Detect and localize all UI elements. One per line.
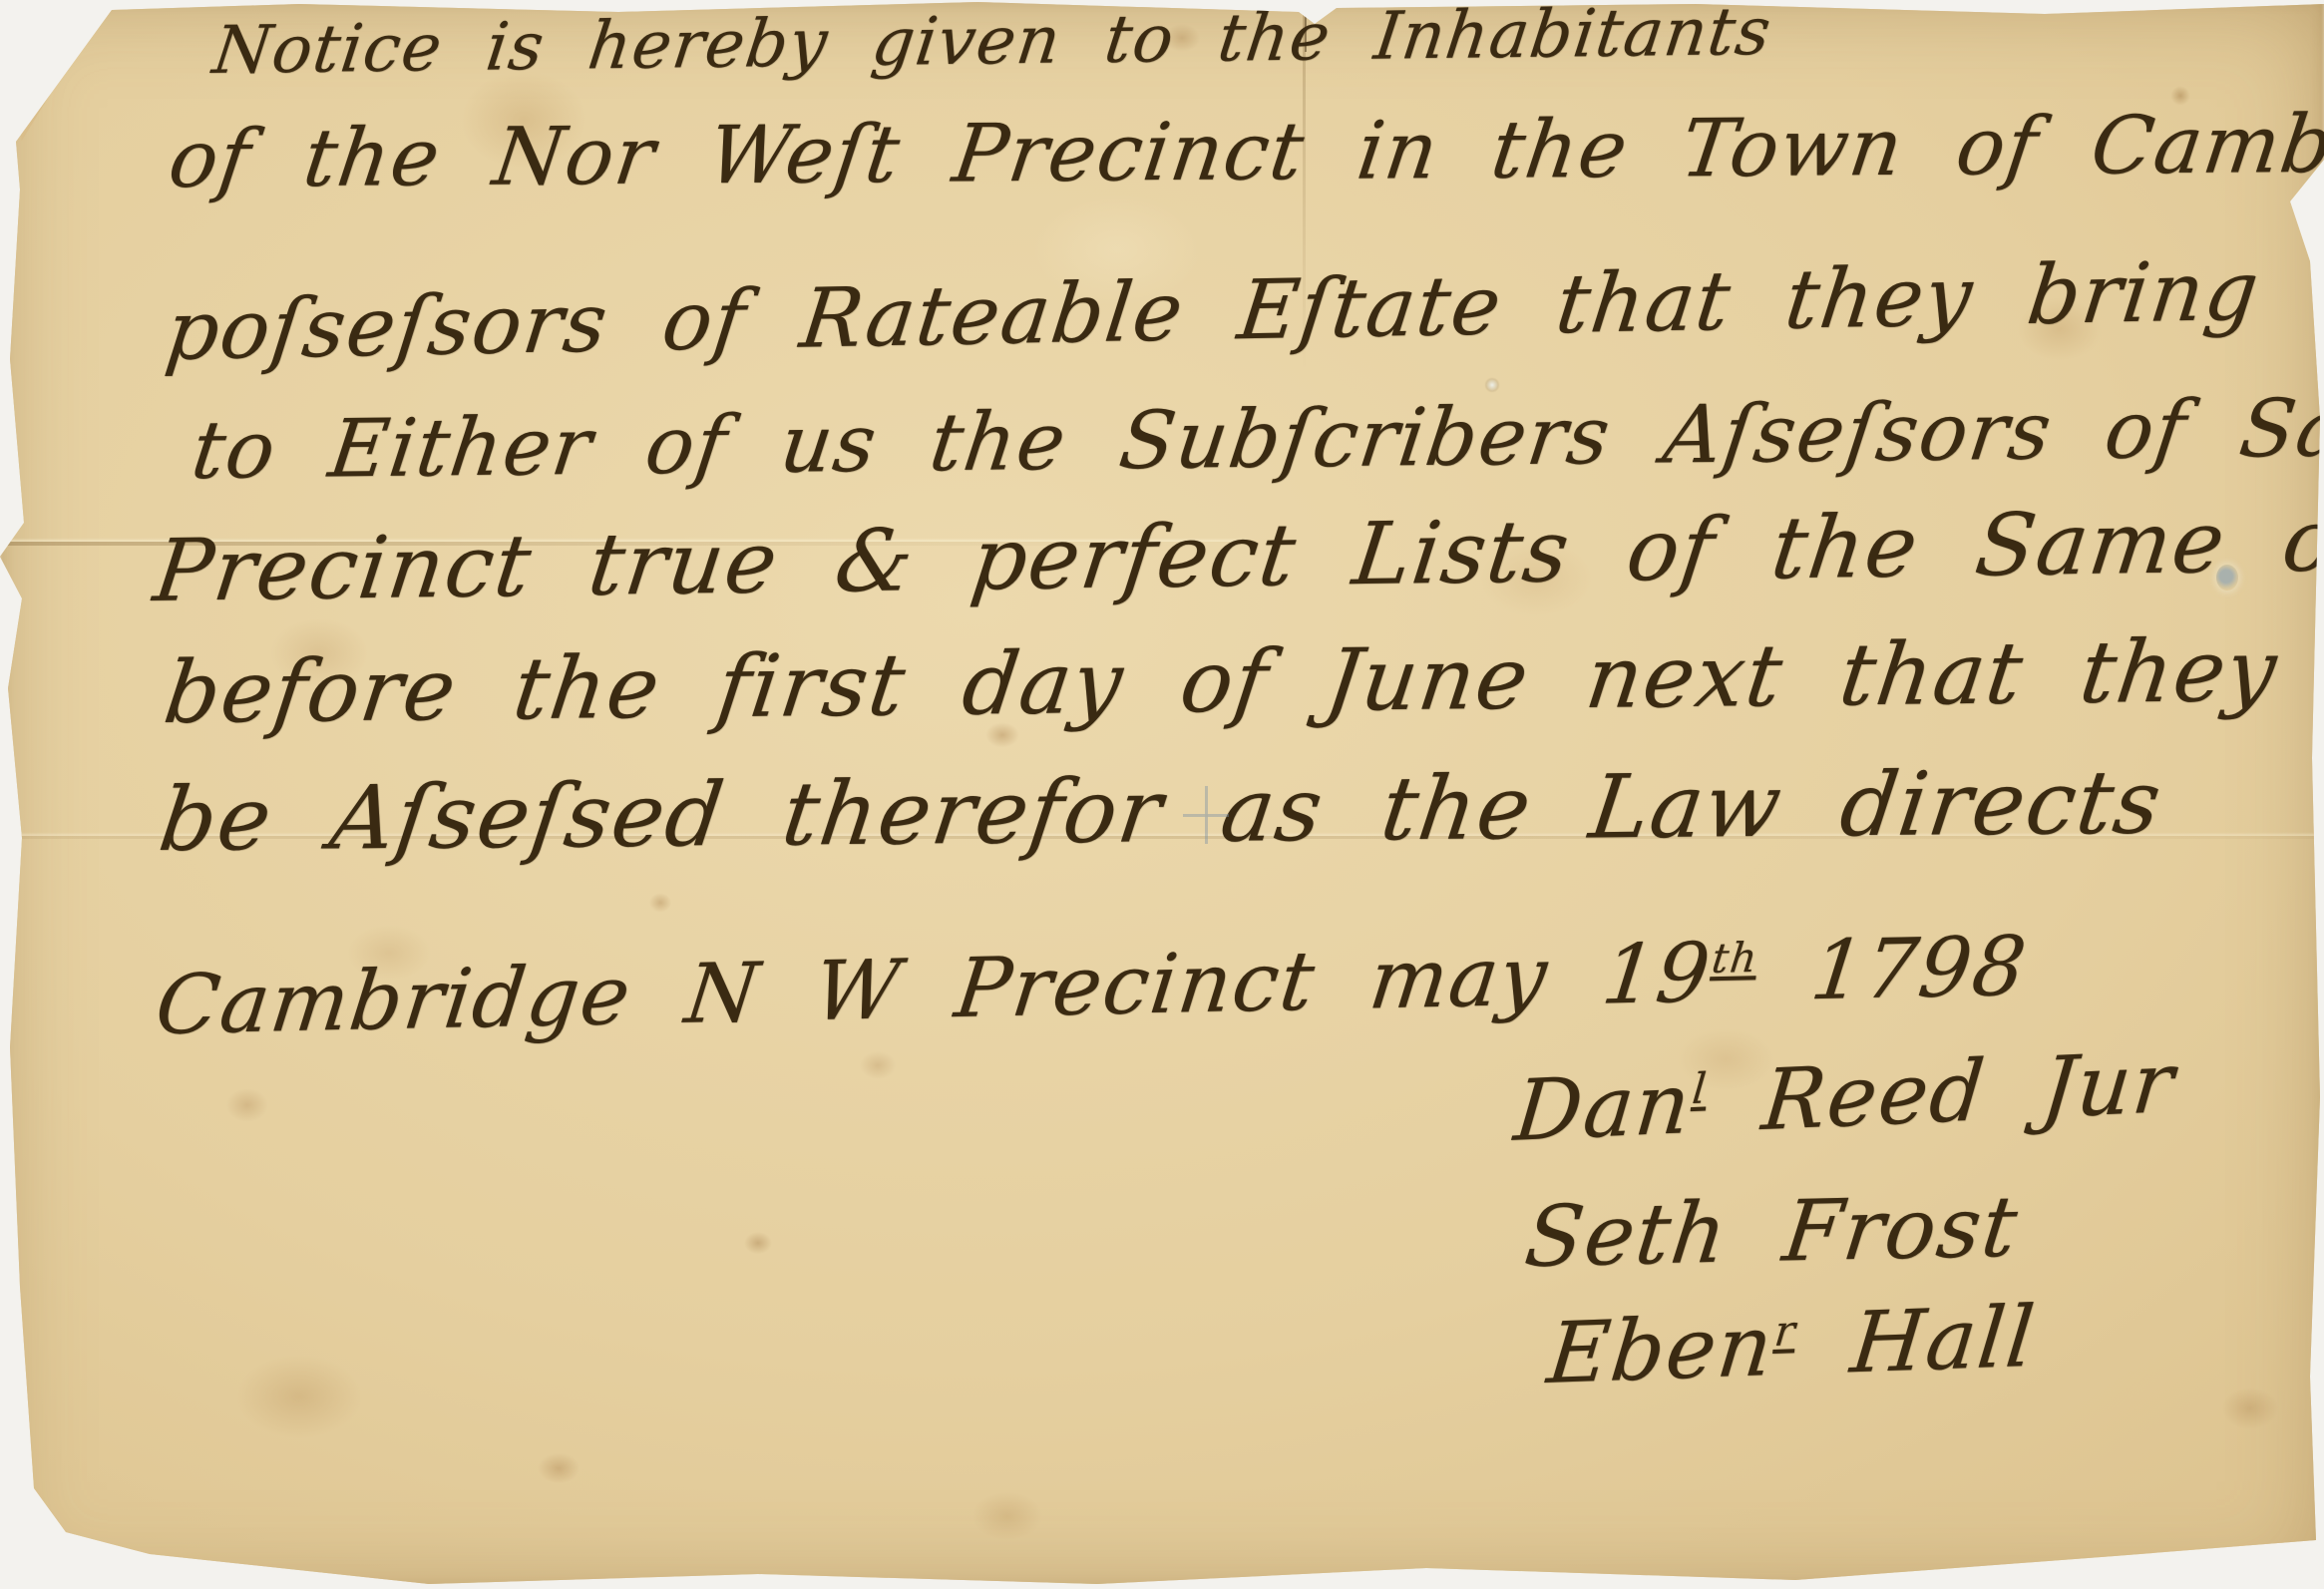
handwritten-line-6: before the first day of June next that t… bbox=[160, 625, 2324, 736]
signature-ebenezer-hall: Ebenr Hall bbox=[1544, 1295, 2040, 1395]
handwritten-line-1: Notice is hereby given to the Inhabitant… bbox=[209, 0, 1775, 84]
signature-daniel-reed-text: Dan bbox=[1510, 1054, 1696, 1160]
handwritten-line-5: Precinct true & perfect Lists of the Sam… bbox=[150, 495, 2324, 614]
signature-ebenezer-hall-text: Eben bbox=[1543, 1297, 1778, 1402]
crease-cross-mark bbox=[1183, 786, 1229, 844]
document-paper: Notice is hereby given to the Inhabitant… bbox=[0, 0, 2324, 1589]
folded-corner bbox=[12, 10, 108, 144]
paper-hole bbox=[2216, 565, 2238, 591]
dateline-superscript: th bbox=[1710, 934, 1761, 983]
handwritten-line-7: be Aſseſsed therefor as the Law directs bbox=[155, 758, 2167, 864]
scan-background: Notice is hereby given to the Inhabitant… bbox=[0, 0, 2324, 1589]
signature-seth-frost: Seth Frost bbox=[1521, 1184, 2023, 1279]
signature-seth-frost-text: Seth Frost bbox=[1520, 1177, 2024, 1286]
signature-ebenezer-hall-surname: Hall bbox=[1790, 1288, 2041, 1394]
signature-daniel-reed: Danl Reed Jur bbox=[1511, 1040, 2178, 1153]
handwritten-line-3: poſseſsors of Rateable Eſtate that they … bbox=[162, 248, 2324, 373]
handwritten-line-4: to Either of us the Subſcribers Aſseſsor… bbox=[188, 387, 2324, 491]
dateline-text: Cambridge N W Precinct may 19 bbox=[151, 926, 1716, 1053]
dateline-year: 1798 bbox=[1750, 919, 2032, 1019]
handwritten-line-2: of the Nor Weſt Precinct in the Town of … bbox=[165, 103, 2324, 199]
dateline: Cambridge N W Precinct may 19th 1798 bbox=[152, 927, 2032, 1047]
signature-daniel-reed-surname: Reed Jur bbox=[1702, 1033, 2179, 1152]
